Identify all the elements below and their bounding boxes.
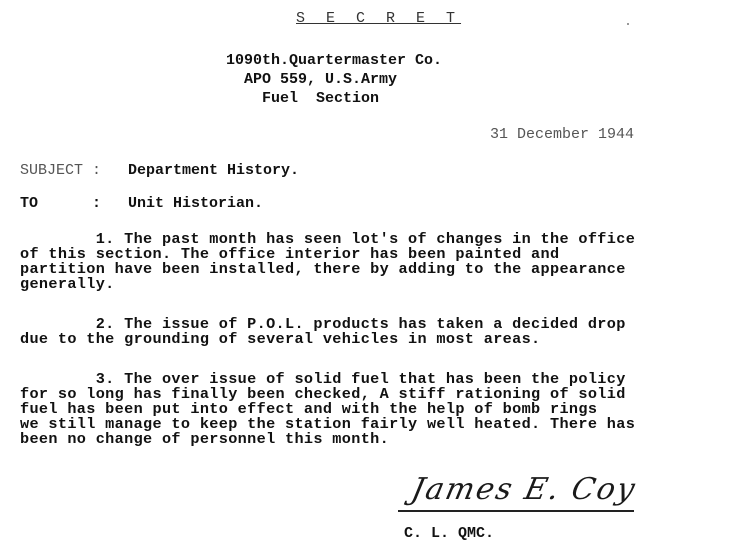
classification-marking: S E C R E T [296, 10, 461, 27]
to-label: TO : [20, 195, 101, 212]
speck-mark [627, 23, 629, 25]
paragraph-3-line-5: been no change of personnel this month. [20, 432, 389, 447]
memo-page: S E C R E T 1090th.Quartermaster Co. APO… [0, 0, 734, 550]
signer-title: C. L. QMC. [404, 525, 494, 542]
paragraph-2-line-2: due to the grounding of several vehicles… [20, 332, 541, 347]
to-value: Unit Historian. [128, 195, 263, 212]
section-name: Fuel Section [262, 90, 379, 107]
paragraph-1-line-4: generally. [20, 277, 115, 292]
memo-date: 31 December 1944 [490, 126, 634, 143]
signature-line [398, 510, 634, 512]
unit-name: 1090th.Quartermaster Co. [226, 52, 442, 69]
handwritten-signature: James E. Coy [408, 472, 639, 507]
subject-label: SUBJECT : [20, 162, 101, 179]
subject-value: Department History. [128, 162, 299, 179]
apo-address: APO 559, U.S.Army [244, 71, 397, 88]
